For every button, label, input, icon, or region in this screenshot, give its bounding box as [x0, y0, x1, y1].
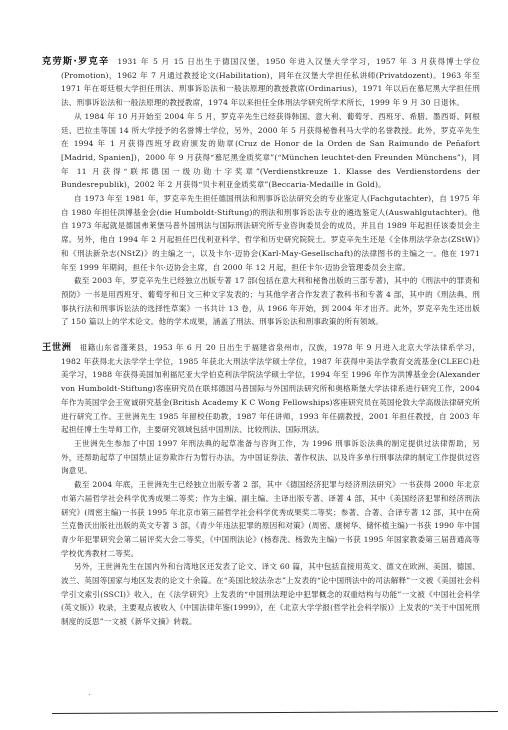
document-page: 克劳斯·罗克辛1931 年 5 月 15 日出生于德国汉堡，1950 年进入汉堡…	[42, 55, 480, 641]
biography-wang-shizhou: 王世洲祖籍山东省蓬莱县，1953 年 6 月 20 日出生于福建省泉州市，汉族，…	[42, 341, 480, 629]
paragraph: 王世洲祖籍山东省蓬莱县，1953 年 6 月 20 日出生于福建省泉州市，汉族，…	[42, 341, 480, 437]
scan-speck	[89, 694, 90, 695]
person-name: 克劳斯·罗克辛	[42, 56, 109, 67]
paragraph: 截至 2003 年，罗克辛先生已经独立出版专著 17 部(包括在意大利和秘鲁出版…	[42, 274, 480, 329]
paragraph: 另外，王世洲先生在国内外和台湾地区还发表了论文、译文 60 篇，其中包括直接用英…	[42, 560, 480, 629]
page-bottom-rule	[52, 711, 498, 714]
paragraph: 克劳斯·罗克辛1931 年 5 月 15 日出生于德国汉堡，1950 年进入汉堡…	[42, 55, 480, 110]
paragraph: 截至 2004 年底，王世洲先生已经独立出版专著 2 部，其中《德国经济犯罪与经…	[42, 478, 480, 560]
paragraph: 从 1984 年 10 月开始至 2004 年 5 月，罗克辛先生已经获得韩国、…	[42, 110, 480, 192]
paragraph: 王世洲先生参加了中国 1997 年刑法典的起草准备与咨询工作，为 1996 刑事…	[42, 437, 480, 478]
paragraph-text: 1931 年 5 月 15 日出生于德国汉堡，1950 年进入汉堡大学学习，19…	[61, 57, 480, 107]
paragraph-text: 祖籍山东省蓬莱县，1953 年 6 月 20 日出生于福建省泉州市，汉族，197…	[61, 343, 480, 434]
biography-roxin: 克劳斯·罗克辛1931 年 5 月 15 日出生于德国汉堡，1950 年进入汉堡…	[42, 55, 480, 329]
paragraph: 自 1973 年至 1981 年，罗克辛先生担任德国刑法和刑事诉讼法研究会的专业…	[42, 192, 480, 274]
person-name: 王世洲	[42, 342, 72, 353]
